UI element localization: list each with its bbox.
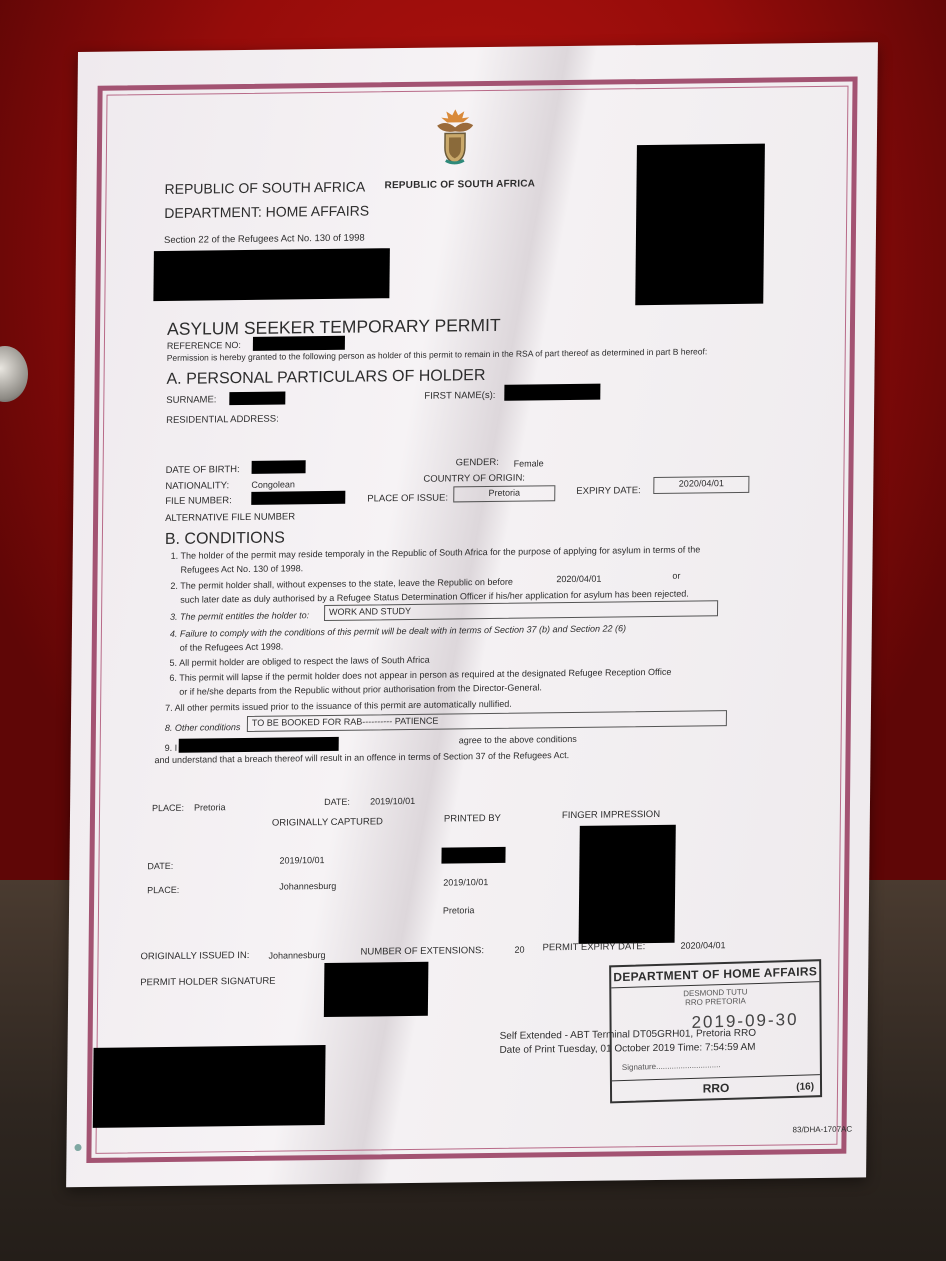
printed-place: Pretoria [443,905,475,915]
condition-1b: Refugees Act No. 130 of 1998. [181,563,304,574]
issued-in-label: ORIGINALLY ISSUED IN: [140,950,249,962]
permit-document: REPUBLIC OF SOUTH AFRICA DEPARTMENT: HOM… [66,42,878,1187]
file-number-label: FILE NUMBER: [165,495,232,507]
address-label: RESIDENTIAL ADDRESS: [166,414,279,426]
condition-2-date: 2020/04/01 [556,574,601,585]
redacted-photo [635,144,765,306]
originally-captured-heading: ORIGINALLY CAPTURED [272,816,383,828]
captured-date-value: 2019/10/01 [279,855,324,866]
redacted-printed-by [441,847,505,864]
redacted-reference [253,336,345,351]
captured-place-value: Johannesburg [279,881,336,892]
nationality-value: Congolean [251,479,295,490]
redacted-block-bottom [93,1045,326,1128]
condition-8: 8. Other conditions [165,722,241,733]
sign-date-label: DATE: [324,797,350,807]
condition-9: 9. I [165,743,178,753]
nationality-label: NATIONALITY: [165,480,229,492]
redacted-file-number [251,491,345,505]
form-code: 83/DHA-1707AC [793,1125,853,1135]
reference-label: REFERENCE NO: [167,340,241,351]
condition-4b: of the Refugees Act 1998. [180,642,284,653]
condition-9-agree: agree to the above conditions [459,734,577,745]
permit-expiry-label: PERMIT EXPIRY DATE: [542,941,645,953]
place-issue-value: Pretoria [453,485,555,502]
printed-date: 2019/10/01 [443,877,488,888]
stamp-header: DEPARTMENT OF HOME AFFAIRS [611,961,819,988]
country-origin-label: COUNTRY OF ORIGIN: [423,473,525,485]
redacted-dob [252,460,306,474]
first-names-label: FIRST NAME(s): [424,390,495,402]
permit-expiry-value: 2020/04/01 [680,940,725,951]
surname-label: SURNAME: [166,394,216,406]
stamp-footer: RRO [612,1074,820,1101]
expiry-value: 2020/04/01 [653,476,749,494]
redacted-surname [229,391,285,405]
hole-punch-dot [74,1144,81,1151]
condition-2-or: or [672,571,680,581]
finger-impression-heading: FINGER IMPRESSION [562,809,660,821]
signature-label: PERMIT HOLDER SIGNATURE [140,976,275,989]
redacted-fingerprint [579,825,676,944]
sign-place-label: PLACE: [152,803,184,813]
redacted-first-names [504,384,600,401]
coat-of-arms-icon [432,105,479,168]
department-heading: DEPARTMENT: HOME AFFAIRS [164,202,369,221]
expiry-label: EXPIRY DATE: [576,485,641,497]
sign-date-value: 2019/10/01 [370,796,415,807]
section-b-heading: B. CONDITIONS [165,529,285,548]
gender-value: Female [514,458,544,468]
captured-date-label: DATE: [147,861,173,871]
printed-by-heading: PRINTED BY [444,813,501,825]
extensions-label: NUMBER OF EXTENSIONS: [360,945,484,958]
gender-label: GENDER: [456,457,499,469]
redacted-block [153,248,390,301]
place-issue-label: PLACE OF ISSUE: [367,493,448,505]
condition-3: 3. The permit entitles the holder to: [170,610,309,622]
crest-caption: REPUBLIC OF SOUTH AFRICA [384,178,535,191]
redacted-signature [324,962,429,1017]
stamp-number: (16) [796,1081,814,1093]
issued-in-value: Johannesburg [268,950,325,961]
stamp-signature-line: Signature............................. [622,1060,721,1072]
alt-file-label: ALTERNATIVE FILE NUMBER [165,511,295,524]
dob-label: DATE OF BIRTH: [166,464,240,476]
country-heading: REPUBLIC OF SOUTH AFRICA [164,178,365,196]
extensions-value: 20 [514,945,524,955]
sign-place-value: Pretoria [194,802,226,812]
captured-place-label: PLACE: [147,885,179,895]
redacted-holder-name [179,737,339,753]
